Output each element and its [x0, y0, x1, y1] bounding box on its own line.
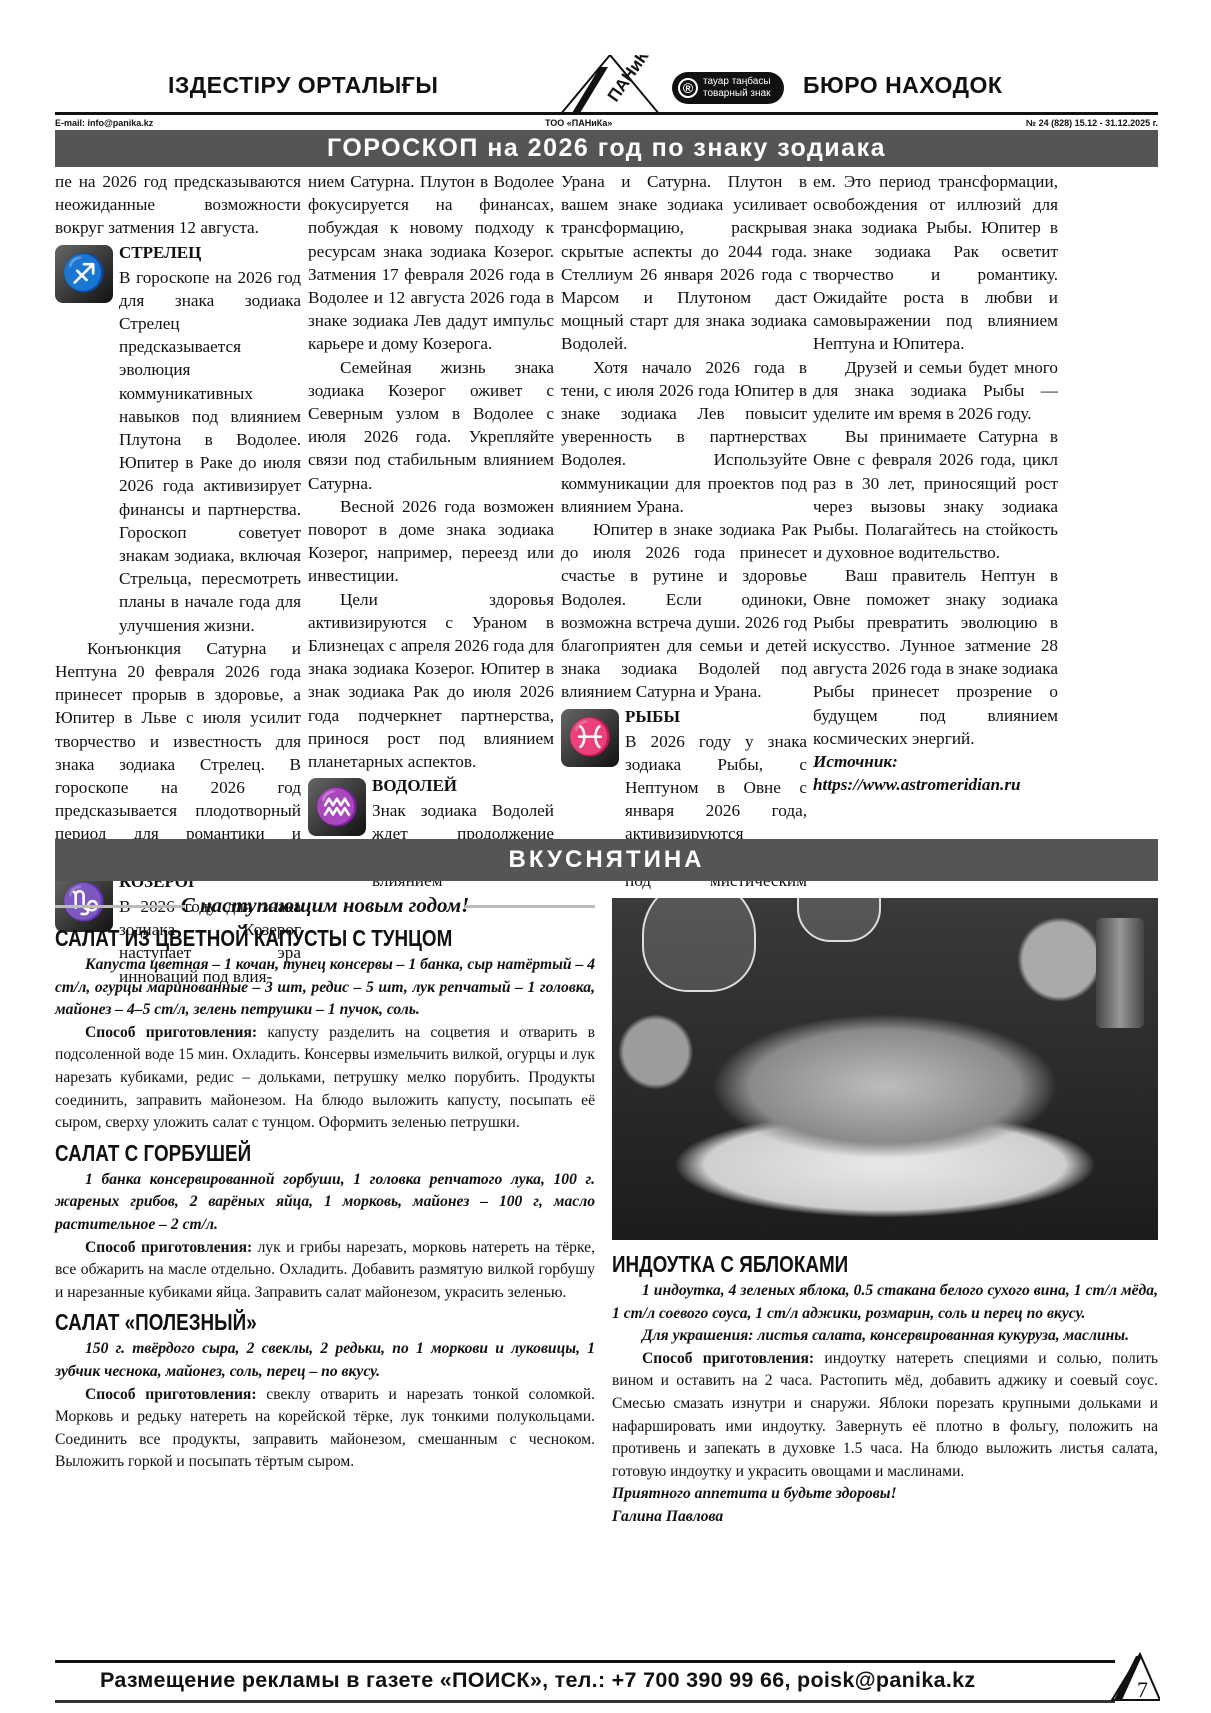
- trademark-kz: тауар таңбасы: [703, 76, 771, 88]
- greeting-text: С наступающим новым годом!: [181, 893, 470, 917]
- masthead-russian-title: БЮРО НАХОДОК: [803, 72, 1002, 99]
- panika-logo-icon: ПАНиКа: [560, 55, 660, 115]
- author-name: Галина Павлова: [612, 1506, 1158, 1529]
- recipe-ingredients: Капуста цветная – 1 кочан, тунец консерв…: [55, 954, 595, 1022]
- column-text: Цели здоровья активизируются с Ураном в …: [308, 588, 554, 774]
- recipe-method: Способ приготовления: лук и грибы нареза…: [55, 1237, 595, 1305]
- recipe-title: САЛАТ С ГОРБУШЕЙ: [55, 1139, 498, 1167]
- closing-wish: Приятного аппетита и будьте здоровы!: [612, 1483, 1158, 1506]
- source-label: Источник:: [813, 750, 1058, 773]
- new-year-greeting: С наступающим новым годом!: [55, 893, 595, 918]
- source-link[interactable]: https://www.astromeridian.ru: [813, 773, 1058, 796]
- divider-line: [55, 905, 185, 908]
- wine-glass-icon: [797, 898, 881, 942]
- recipes-banner: ВКУСНЯТИНА: [55, 839, 1158, 881]
- recipes-left-column: САЛАТ ИЗ ЦВЕТНОЙ КАПУСТЫ С ТУНЦОМ Капуст…: [55, 920, 595, 1474]
- column-text: Друзей и семьи будет много для знака зод…: [813, 356, 1058, 426]
- recipe-title: САЛАТ «ПОЛЕЗНЫЙ»: [55, 1308, 498, 1336]
- divider-line: [465, 905, 595, 908]
- method-label: Способ приготовления:: [85, 1024, 257, 1041]
- horoscope-column-2: нием Сатурна. Плутон в Водолее фокусируе…: [308, 170, 554, 892]
- masthead-issue: № 24 (828) 15.12 - 31.12.2025 г.: [1026, 118, 1158, 128]
- pepper-mill-icon: [1096, 918, 1144, 1028]
- masthead-company: ТОО «ПАНиКа»: [545, 118, 612, 128]
- page-number-badge: 7: [1110, 1652, 1160, 1702]
- sagittarius-icon: ♐: [55, 245, 113, 303]
- recipe-method: Способ приготовления: капусту разделить …: [55, 1022, 595, 1135]
- sign-title: СТРЕЛЕЦ: [119, 242, 301, 263]
- horoscope-column-4: ем. Это период трансформации, освобожден…: [813, 170, 1058, 796]
- column-text: пе на 2026 год предсказываются неожиданн…: [55, 170, 301, 240]
- column-text: нием Сатурна. Плутон в Водолее фокусируе…: [308, 170, 554, 356]
- trademark-badge: ® тауар таңбасы товарный знак: [672, 72, 784, 104]
- column-text: Конъюнкция Сатурна и Нептуна 20 февраля …: [55, 637, 301, 869]
- recipe-method: Способ приготовления: свеклу отварить и …: [55, 1384, 595, 1474]
- sign-text: В гороскопе на 2026 год для знака зодиак…: [55, 266, 301, 637]
- recipe-method: Способ приготовления: индоутку натереть …: [612, 1348, 1158, 1484]
- method-text: индоутку натереть специями и солью, поли…: [612, 1350, 1158, 1480]
- method-label: Способ приготовления:: [642, 1350, 814, 1367]
- masthead-kazakh-title: ІЗДЕСТІРУ ОРТАЛЫҒЫ: [168, 72, 438, 99]
- recipe-ingredients: 1 банка консервированной горбуши, 1 голо…: [55, 1169, 595, 1237]
- horoscope-column-3: Урана и Сатурна. Плутон в вашем знаке зо…: [561, 170, 807, 915]
- pisces-icon: ♓: [561, 709, 619, 767]
- recipe-title: САЛАТ ИЗ ЦВЕТНОЙ КАПУСТЫ С ТУНЦОМ: [55, 924, 498, 952]
- masthead-email: E-mail: info@panika.kz: [55, 118, 153, 128]
- recipes-right-column: ИНДОУТКА С ЯБЛОКАМИ 1 индоутка, 4 зелены…: [612, 1246, 1158, 1529]
- roast-duck-photo: [612, 898, 1158, 1240]
- svg-text:7: 7: [1137, 1677, 1148, 1702]
- recipe-title: ИНДОУТКА С ЯБЛОКАМИ: [612, 1250, 1060, 1278]
- masthead-rule: [55, 112, 1158, 115]
- column-text: Семейная жизнь знака зодиака Козерог ожи…: [308, 356, 554, 495]
- trademark-ru: товарный знак: [703, 88, 771, 100]
- footer-rule-top: [55, 1660, 1115, 1663]
- horoscope-banner: ГОРОСКОП на 2026 год по знаку зодиака: [55, 130, 1158, 167]
- sign-title: РЫБЫ: [625, 706, 807, 727]
- column-text: Ваш правитель Нептун в Овне поможет знак…: [813, 564, 1058, 750]
- recipe-ingredients: 150 г. твёрдого сыра, 2 свеклы, 2 редьки…: [55, 1338, 595, 1383]
- column-text: Вы принимаете Сатурна в Овне с февраля 2…: [813, 425, 1058, 564]
- sign-title: ВОДОЛЕЙ: [372, 775, 554, 796]
- advertising-contact: Размещение рекламы в газете «ПОИСК», тел…: [100, 1668, 975, 1693]
- method-label: Способ приготовления:: [85, 1239, 252, 1256]
- footer-rule-bottom: [55, 1700, 1115, 1703]
- column-text: Урана и Сатурна. Плутон в вашем знаке зо…: [561, 170, 807, 356]
- recipe-decoration: Для украшения: листья салата, консервиро…: [612, 1325, 1158, 1348]
- column-text: Юпитер в знаке зодиака Рак до июля 2026 …: [561, 518, 807, 704]
- aquarius-icon: ♒: [308, 778, 366, 836]
- recipe-ingredients: 1 индоутка, 4 зеленых яблока, 0.5 стакан…: [612, 1280, 1158, 1325]
- registered-icon: ®: [678, 78, 698, 98]
- column-text: ем. Это период трансформации, освобожден…: [813, 170, 1058, 356]
- wine-glass-icon: [642, 898, 756, 992]
- column-text: Хотя начало 2026 года в тени, с июля 202…: [561, 356, 807, 518]
- method-label: Способ приготовления:: [85, 1386, 257, 1403]
- column-text: Весной 2026 года возможен поворот в доме…: [308, 495, 554, 588]
